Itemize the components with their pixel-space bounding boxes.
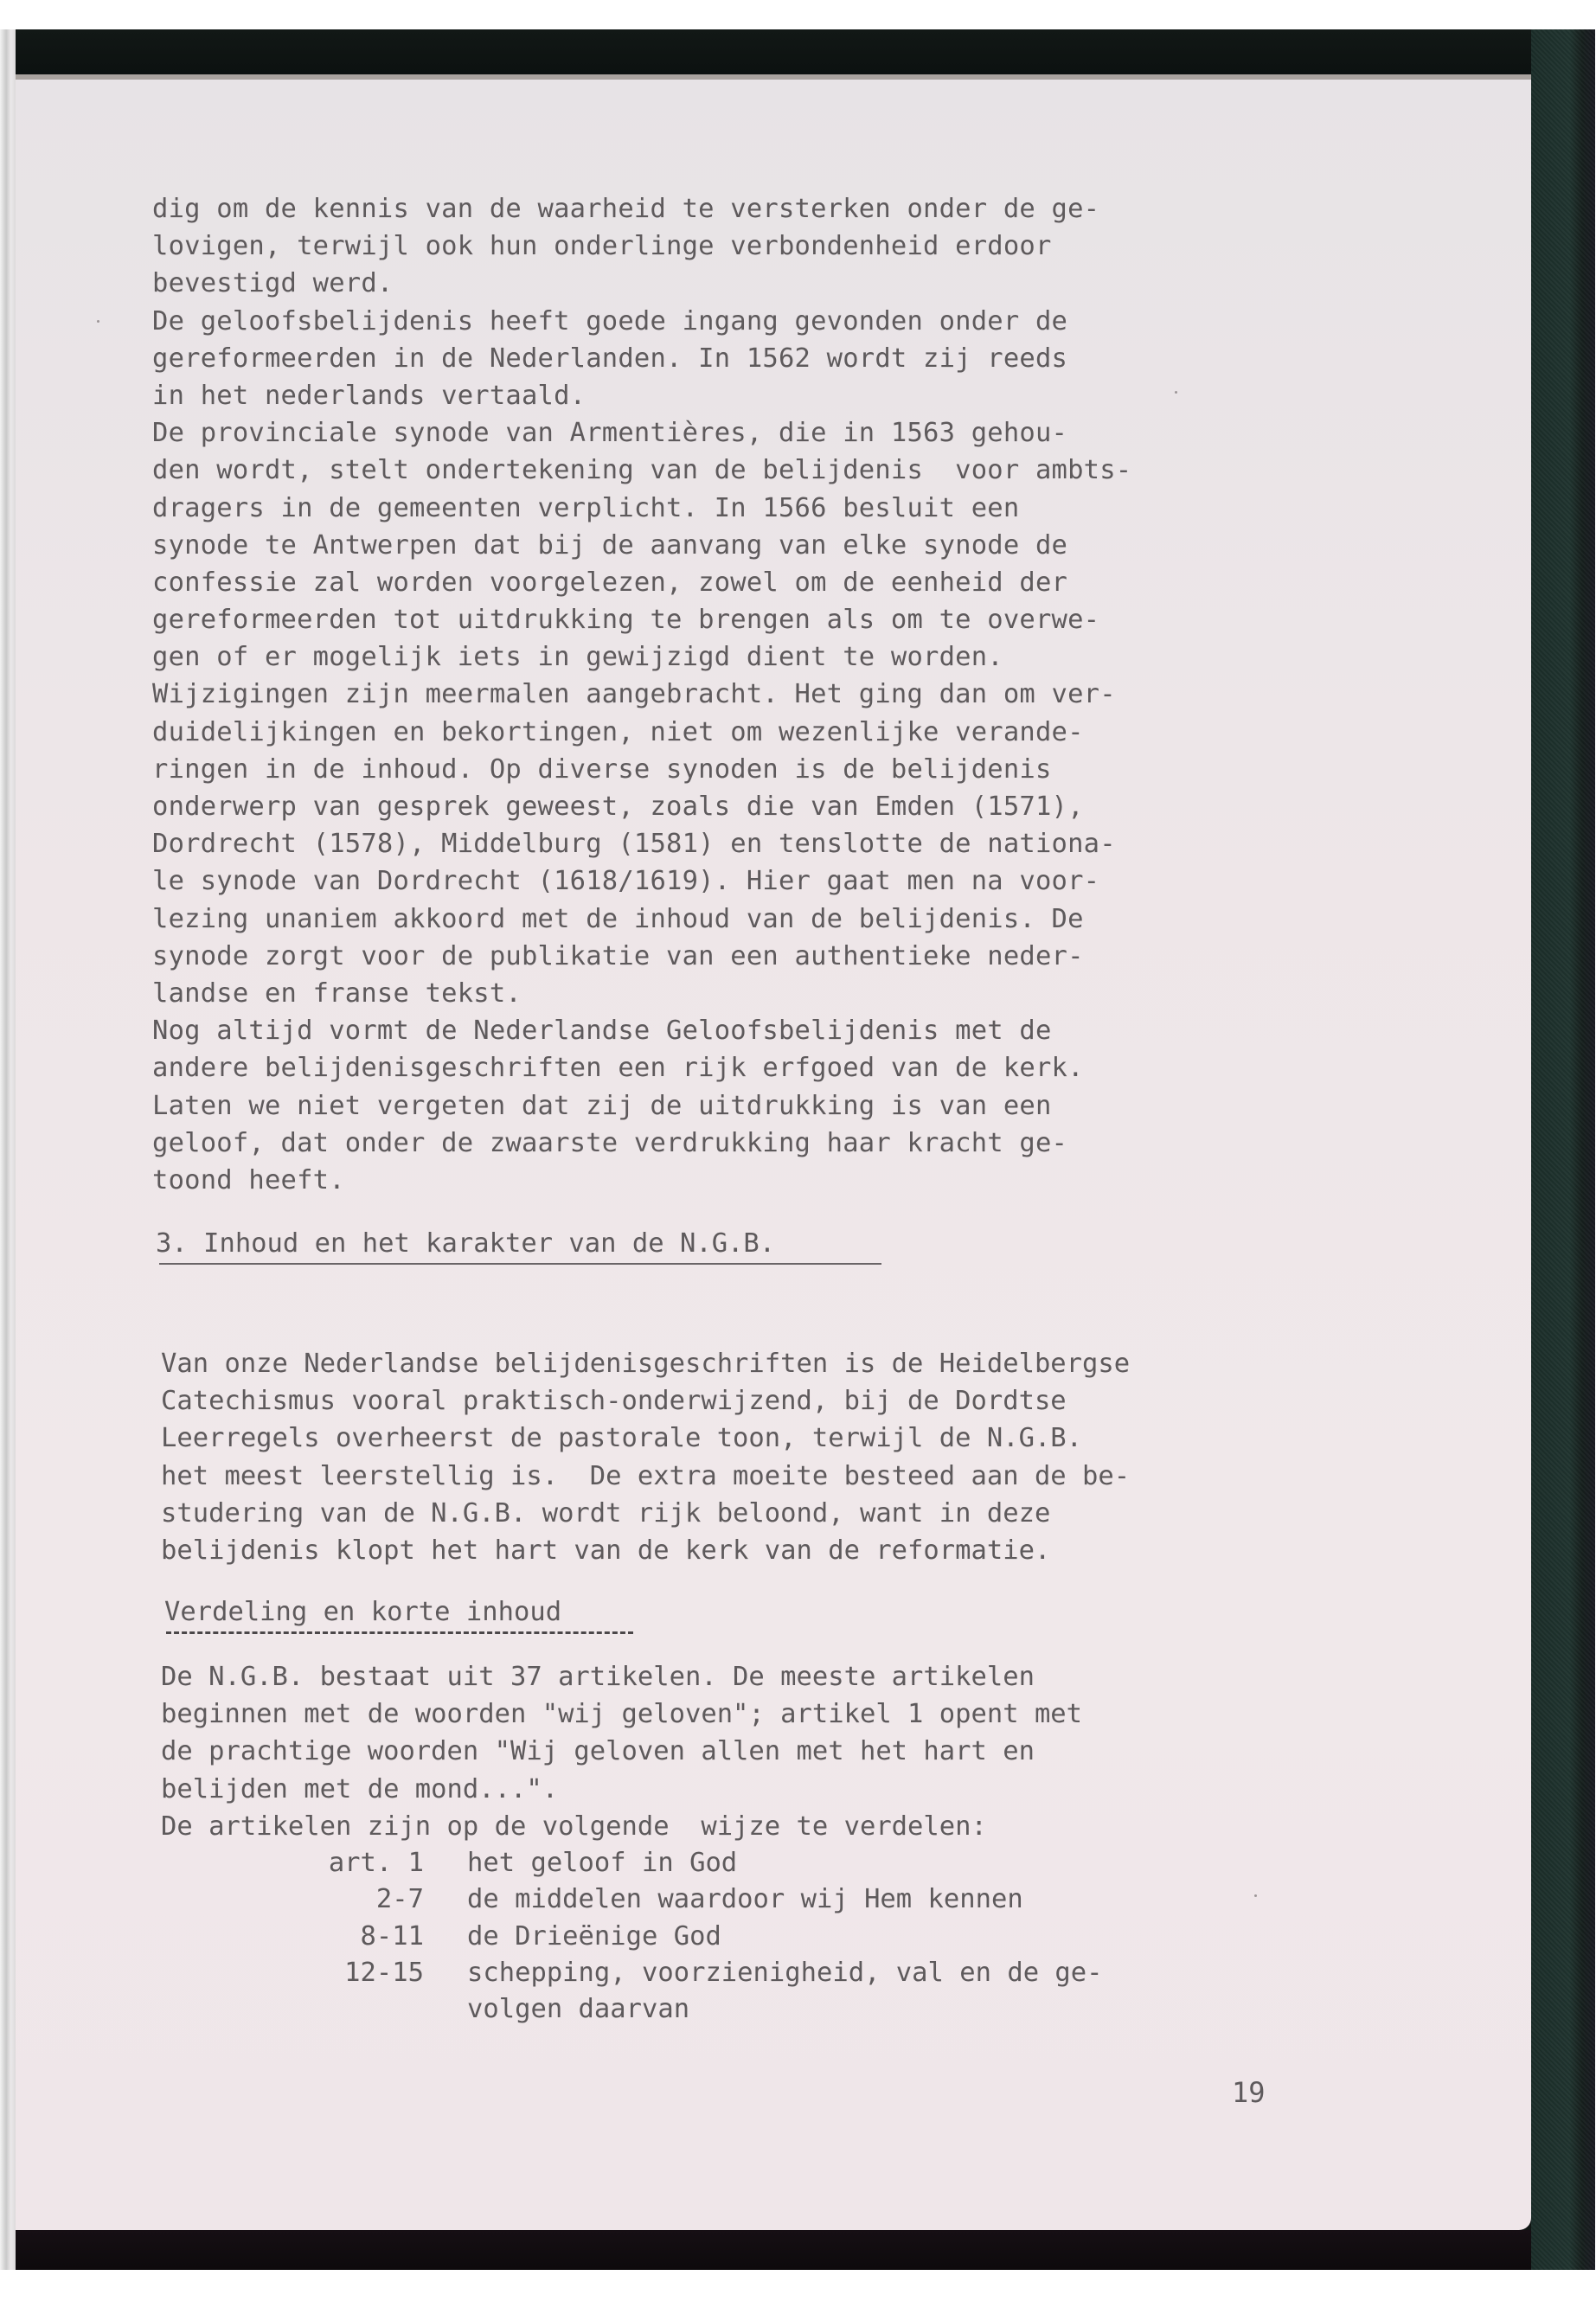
text-line: toond heeft.: [152, 1162, 1131, 1199]
article-number: 8-11: [161, 1919, 467, 1955]
scan-speck: [1175, 391, 1177, 394]
article-row: art. 1het geloof in God: [161, 1845, 1103, 1881]
scan-speck: [1254, 1894, 1257, 1897]
text-line: De geloofsbelijdenis heeft goede ingang …: [152, 303, 1131, 340]
text-line: confessie zal worden voorgelezen, zowel …: [152, 564, 1131, 601]
text-line: Catechismus vooral praktisch-onderwijzen…: [161, 1383, 1130, 1420]
cloth-binding-right: [1531, 29, 1595, 2270]
text-line: lezing unaniem akkoord met de inhoud van…: [152, 901, 1131, 938]
article-row: 8-11de Drieënige God: [161, 1919, 1103, 1955]
text-line: Leerregels overheerst de pastorale toon,…: [161, 1420, 1130, 1458]
text-line: le synode van Dordrecht (1618/1619). Hie…: [152, 862, 1131, 900]
binding-band-top: [3, 29, 1595, 74]
text-line: ringen in de inhoud. Op diverse synoden …: [152, 751, 1131, 788]
paragraph-character: Van onze Nederlandse belijdenisgeschrift…: [161, 1346, 1130, 1570]
text-line: belijden met de mond...".: [161, 1772, 1082, 1809]
article-row: 12-15schepping, voorzienigheid, val en d…: [161, 1955, 1103, 1991]
text-line: dragers in de gemeenten verplicht. In 15…: [152, 490, 1131, 527]
paragraph-division: De N.G.B. bestaat uit 37 artikelen. De m…: [161, 1659, 1082, 1846]
text-line: onderwerp van gesprek geweest, zoals die…: [152, 788, 1131, 825]
article-description: schepping, voorzienigheid, val en de ge-: [467, 1955, 1103, 1991]
text-line: geloof, dat onder de zwaarste verdrukkin…: [152, 1125, 1131, 1162]
text-line: duidelijkingen en bekortingen, niet om w…: [152, 714, 1131, 751]
article-row: volgen daarvan: [161, 1991, 1103, 2028]
article-number: [161, 1991, 467, 2028]
article-division-list: art. 1het geloof in God2-7de middelen wa…: [161, 1845, 1103, 2028]
page-edge-left: [0, 29, 16, 2270]
text-line: De provinciale synode van Armentières, d…: [152, 414, 1131, 452]
article-description: volgen daarvan: [467, 1991, 689, 2028]
article-number: art. 1: [161, 1845, 467, 1881]
text-line: bevestigd werd.: [152, 265, 1131, 302]
text-line: studering van de N.G.B. wordt rijk beloo…: [161, 1496, 1130, 1533]
text-line: De N.G.B. bestaat uit 37 artikelen. De m…: [161, 1659, 1082, 1696]
text-line: belijdenis klopt het hart van de kerk va…: [161, 1533, 1130, 1570]
text-line: synode zorgt voor de publikatie van een …: [152, 938, 1131, 975]
section-heading: 3. Inhoud en het karakter van de N.G.B.: [156, 1225, 775, 1262]
text-line: in het nederlands vertaald.: [152, 377, 1131, 414]
text-line: gereformeerden tot uitdrukking te brenge…: [152, 601, 1131, 638]
text-line: Laten we niet vergeten dat zij de uitdru…: [152, 1087, 1131, 1125]
text-line: synode te Antwerpen dat bij de aanvang v…: [152, 527, 1131, 564]
text-line: lovigen, terwijl ook hun onderlinge verb…: [152, 228, 1131, 265]
text-line: den wordt, stelt ondertekening van de be…: [152, 452, 1131, 489]
text-line: de prachtige woorden "Wij geloven allen …: [161, 1734, 1082, 1771]
binding-band-bottom: [3, 2230, 1595, 2270]
text-line: gereformeerden in de Nederlanden. In 156…: [152, 340, 1131, 377]
article-number: 12-15: [161, 1955, 467, 1991]
article-description: de Drieënige God: [467, 1919, 721, 1955]
text-line: Wijzigingen zijn meermalen aangebracht. …: [152, 676, 1131, 713]
text-line: andere belijdenisgeschriften een rijk er…: [152, 1049, 1131, 1086]
sub-heading-dashed-underline: [166, 1631, 633, 1634]
text-line: gen of er mogelijk iets in gewijzigd die…: [152, 638, 1131, 676]
text-line: het meest leerstellig is. De extra moeit…: [161, 1458, 1130, 1496]
article-description: het geloof in God: [467, 1845, 737, 1881]
article-number: 2-7: [161, 1881, 467, 1918]
section-heading-underline: [159, 1263, 881, 1265]
text-line: Nog altijd vormt de Nederlandse Geloofsb…: [152, 1012, 1131, 1049]
text-line: De artikelen zijn op de volgende wijze t…: [161, 1809, 1082, 1846]
sub-heading: Verdeling en korte inhoud: [164, 1595, 561, 1630]
paragraph-history: dig om de kennis van de waarheid te vers…: [152, 190, 1131, 1199]
text-line: beginnen met de woorden "wij geloven"; a…: [161, 1696, 1082, 1734]
article-row: 2-7de middelen waardoor wij Hem kennen: [161, 1881, 1103, 1918]
text-line: Van onze Nederlandse belijdenisgeschrift…: [161, 1346, 1130, 1383]
text-line: Dordrecht (1578), Middelburg (1581) en t…: [152, 825, 1131, 862]
text-line: dig om de kennis van de waarheid te vers…: [152, 190, 1131, 228]
text-line: landse en franse tekst.: [152, 975, 1131, 1012]
article-description: de middelen waardoor wij Hem kennen: [467, 1881, 1023, 1918]
page-number: 19: [1232, 2076, 1266, 2109]
scan-speck: [97, 320, 99, 323]
